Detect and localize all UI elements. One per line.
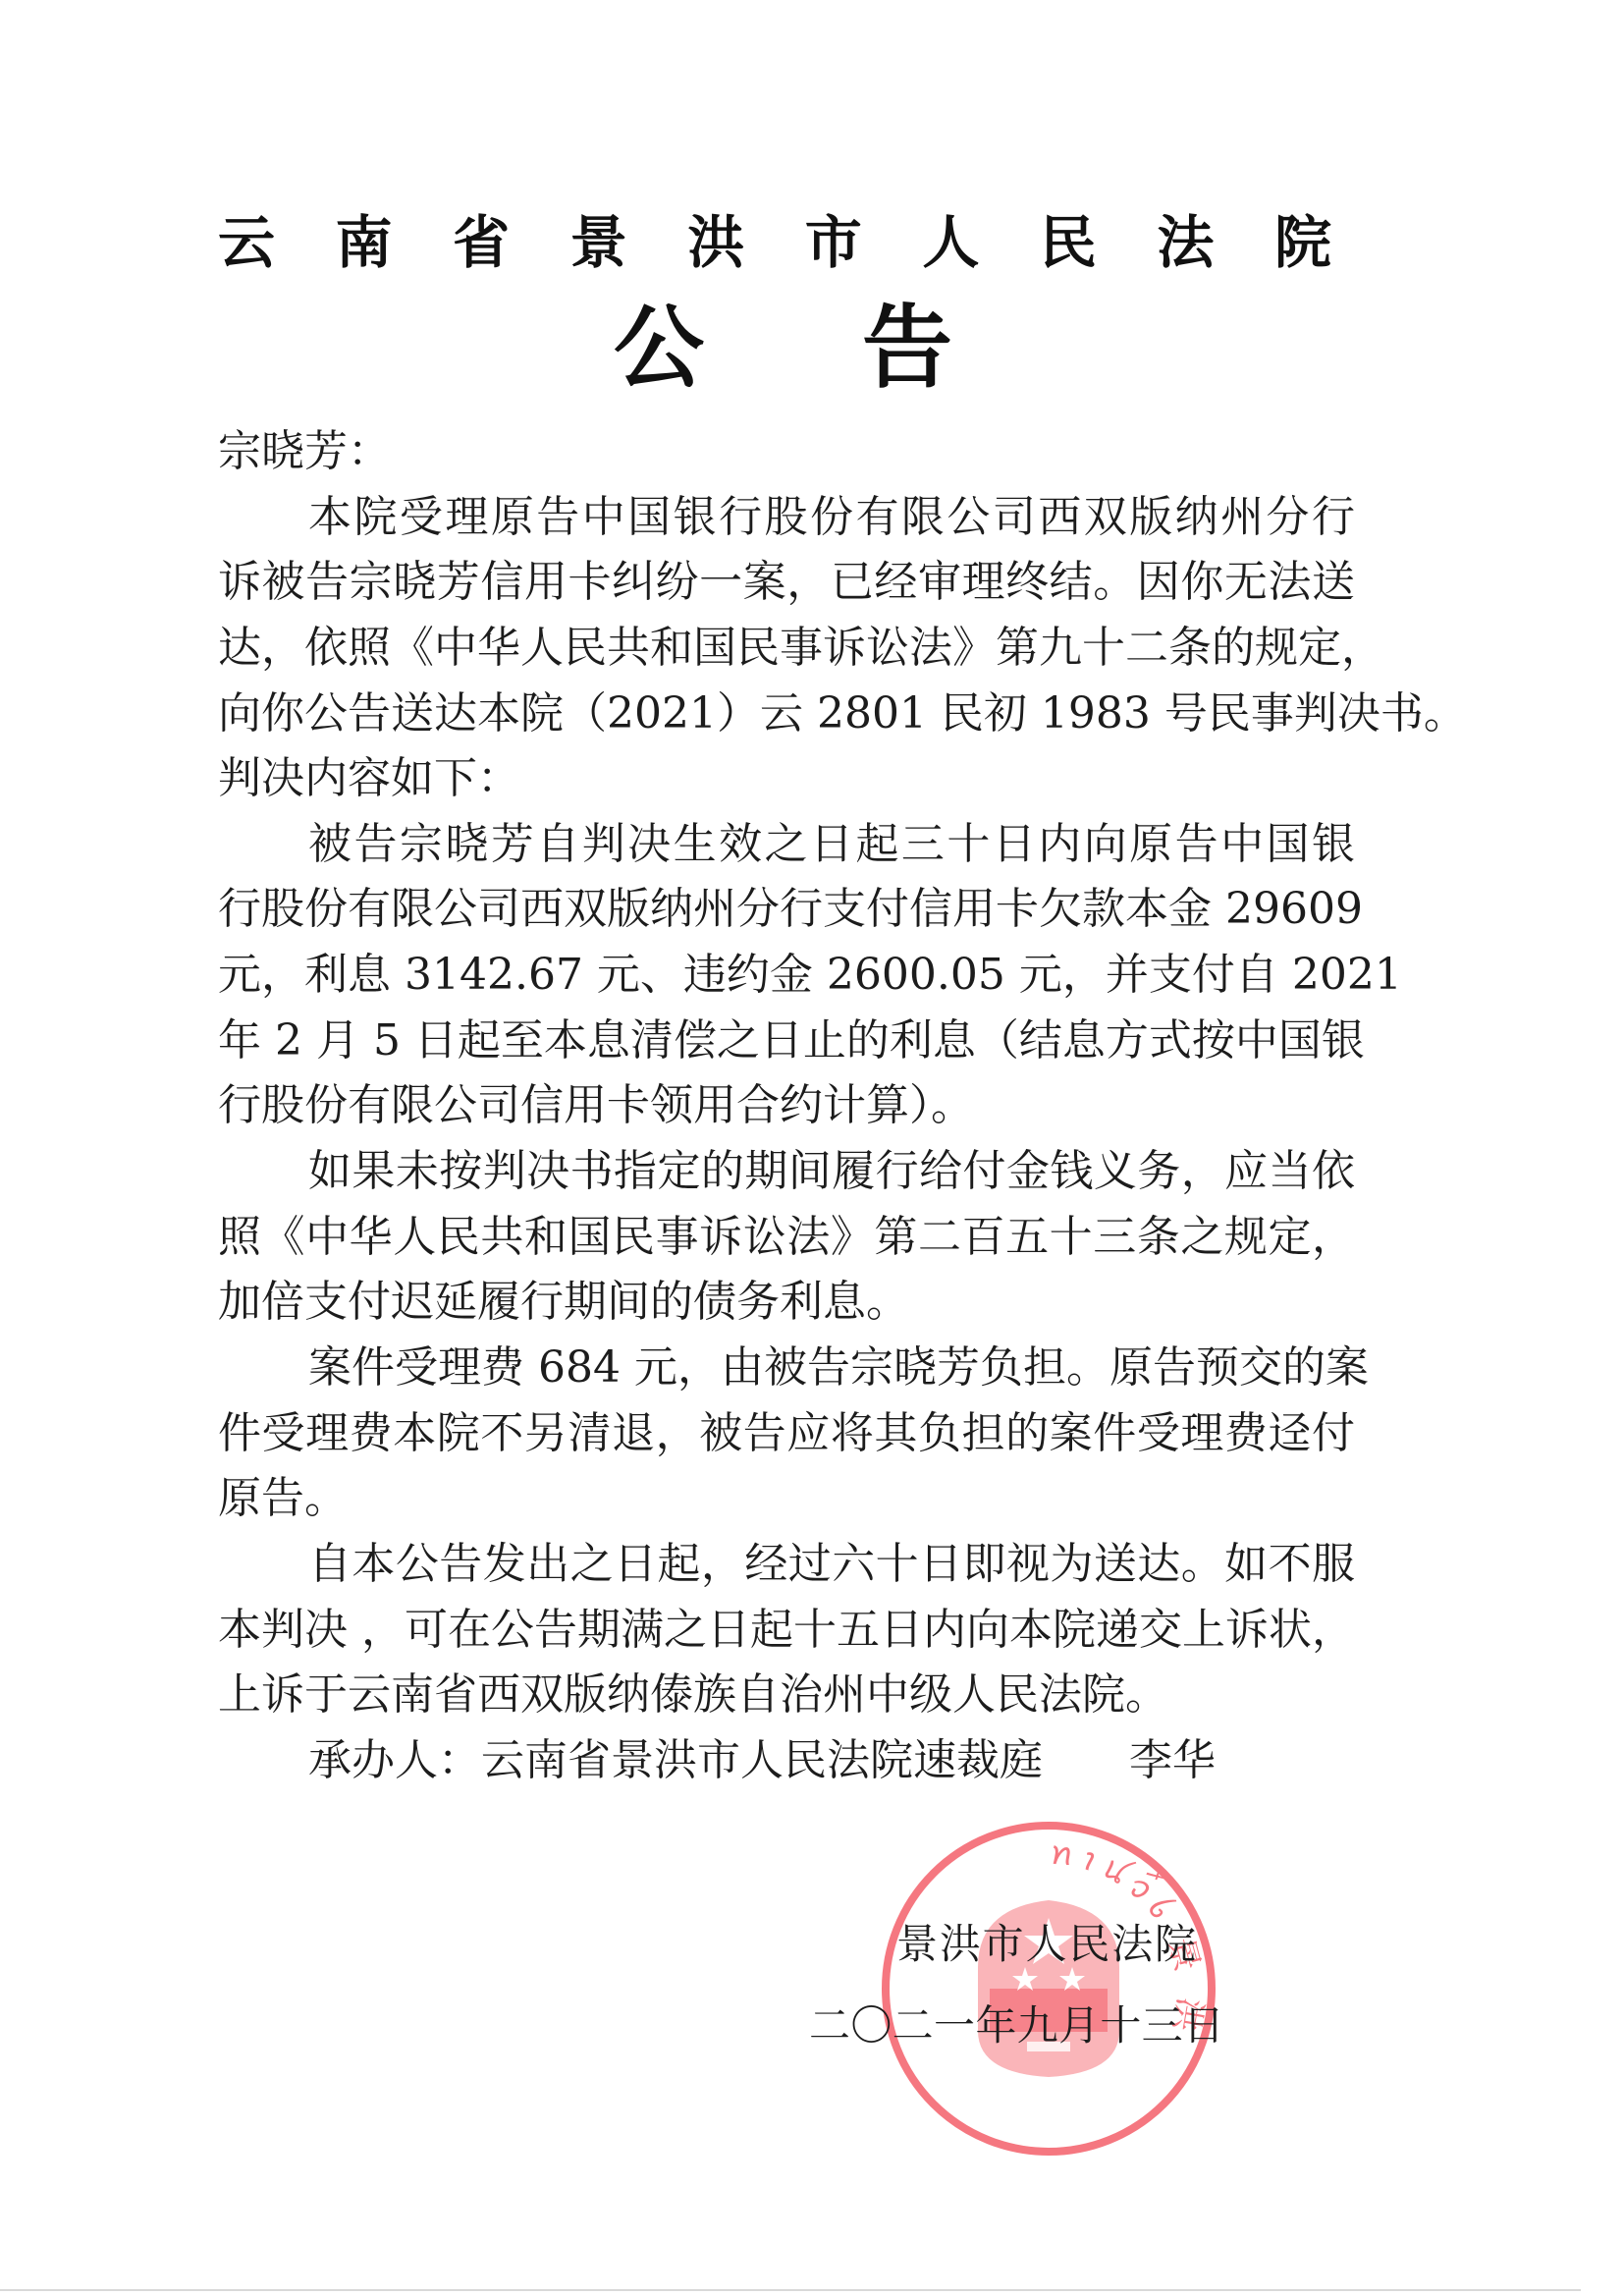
addressee: 宗晓芳： — [218, 419, 1355, 485]
paragraph-3-line-3: 加倍支付迟延履行期间的债务利息。 — [218, 1270, 1355, 1336]
court-name-heading: 云南省景洪市人民法院 — [218, 208, 1331, 277]
signature-court: 景洪市人民法院 — [896, 1920, 1196, 1969]
paragraph-1-line-4: 向你公告送达本院（2021）云 2801 民初 1983 号民事判决书。 — [218, 682, 1355, 747]
paragraph-5-line-2: 本判决 ，可在公告期满之日起十五日内向本院递交上诉状， — [218, 1598, 1355, 1664]
paragraph-3-line-2: 照《中华人民共和国民事诉讼法》第二百五十三条之规定， — [218, 1205, 1355, 1271]
paragraph-2-line-5: 行股份有限公司信用卡领用合约计算）。 — [218, 1073, 1355, 1139]
paragraph-1-line-5: 判决内容如下： — [218, 746, 1355, 812]
paragraph-5-line-3: 上诉于云南省西双版纳傣族自治州中级人民法院。 — [218, 1663, 1355, 1728]
paragraph-5-line-1: 自本公告发出之日起，经过六十日即视为送达。如不服 — [218, 1532, 1355, 1598]
document-body: 宗晓芳： 本院受理原告中国银行股份有限公司西双版纳州分行 诉被告宗晓芳信用卡纠纷… — [218, 419, 1355, 1793]
document-type-heading: 公告 — [614, 300, 952, 398]
signature-date: 二〇二一年九月十三日 — [809, 2001, 1224, 2050]
paragraph-4-line-2: 件受理费本院不另清退，被告应将其负担的案件受理费迳付 — [218, 1401, 1355, 1467]
paragraph-1-line-1: 本院受理原告中国银行股份有限公司西双版纳州分行 — [218, 485, 1355, 551]
official-seal-icon: ꪀꪱꪙꪫꪸꪉ 景 洪 市 人 民 法 院 — [880, 1820, 1217, 2158]
document-page: 云南省景洪市人民法院 公告 宗晓芳： 本院受理原告中国银行股份有限公司西双版纳州… — [0, 0, 1623, 2296]
paragraph-2-line-1: 被告宗晓芳自判决生效之日起三十日内向原告中国银 — [218, 812, 1355, 878]
paragraph-2-line-4: 年 2 月 5 日起至本息清偿之日止的利息（结息方式按中国银 — [218, 1009, 1355, 1074]
handler-line: 承办人：云南省景洪市人民法院速裁庭 李华 — [218, 1728, 1355, 1794]
paragraph-1-line-2: 诉被告宗晓芳信用卡纠纷一案，已经审理终结。因你无法送 — [218, 550, 1355, 616]
paragraph-3-line-1: 如果未按判决书指定的期间履行给付金钱义务，应当依 — [218, 1139, 1355, 1205]
paragraph-2-line-2: 行股份有限公司西双版纳州分行支付信用卡欠款本金 29609 — [218, 877, 1355, 943]
paragraph-1-line-3: 达，依照《中华人民共和国民事诉讼法》第九十二条的规定， — [218, 616, 1355, 682]
paragraph-4-line-3: 原告。 — [218, 1466, 1355, 1532]
paragraph-4-line-1: 案件受理费 684 元，由被告宗晓芳负担。原告预交的案 — [218, 1336, 1355, 1401]
scan-edge-line — [0, 2289, 1581, 2291]
paragraph-2-line-3: 元，利息 3142.67 元、违约金 2600.05 元，并支付自 2021 — [218, 943, 1355, 1009]
